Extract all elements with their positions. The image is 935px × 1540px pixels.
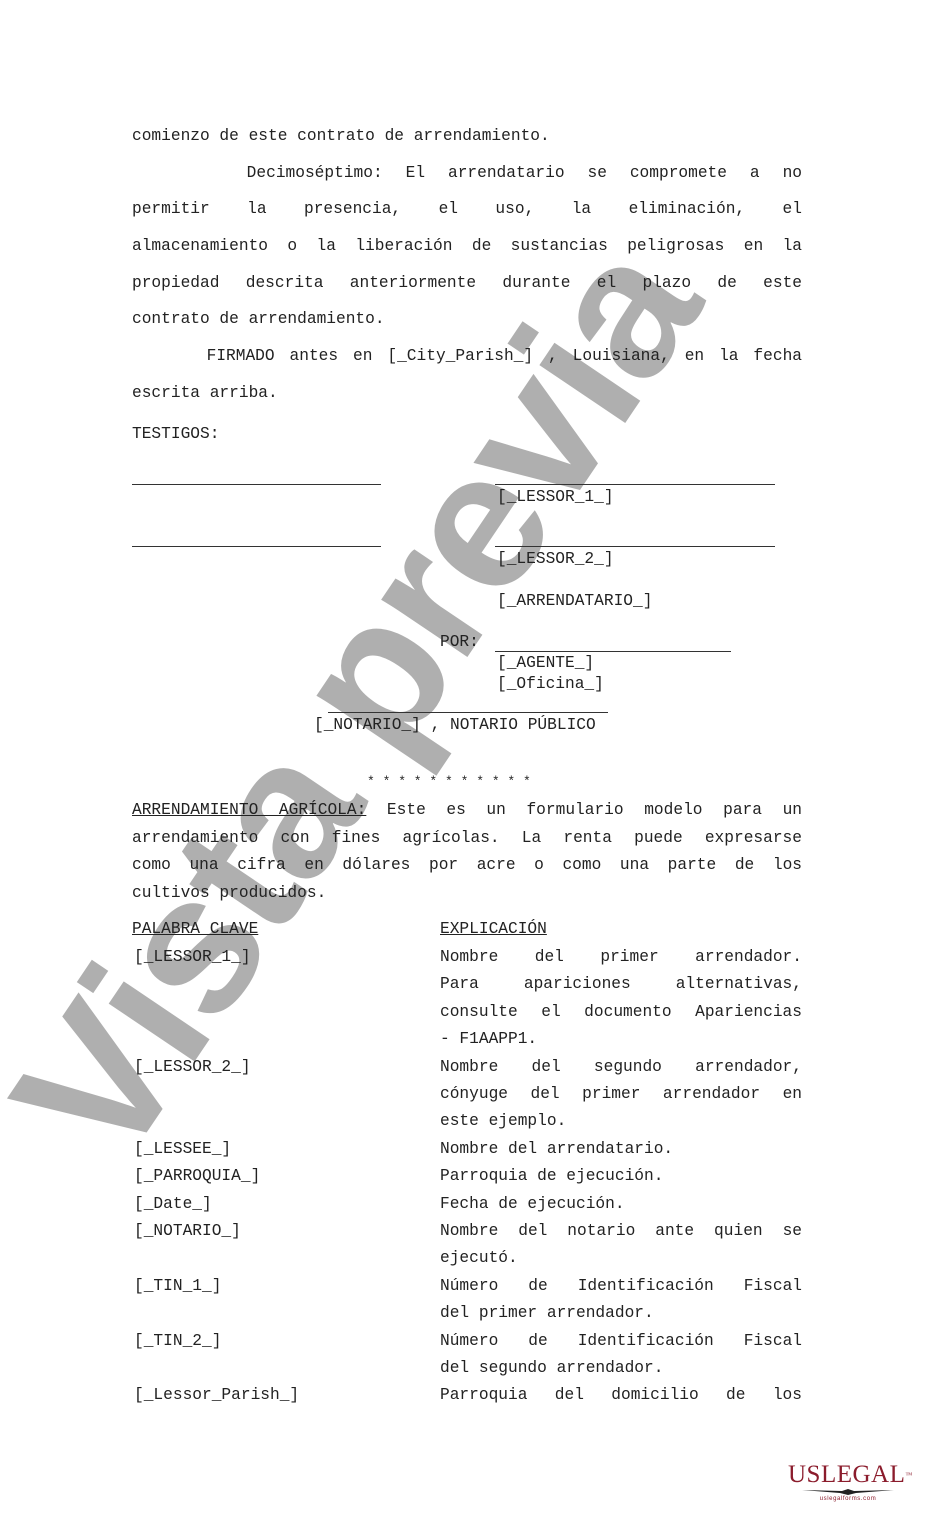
- table-row-explanation-line: Para apariciones alternativas,: [440, 974, 802, 994]
- note-line: cultivos producidos.: [132, 883, 326, 903]
- paragraph-line: Decimoséptimo: El arrendatario se compro…: [132, 163, 802, 183]
- table-row-explanation-line: Nombre del primer arrendador.: [440, 947, 802, 967]
- table-row-explanation-line: Número de Identificación Fiscal: [440, 1331, 802, 1351]
- notary-name: [_NOTARIO_] , NOTARIO PÚBLICO: [314, 715, 596, 735]
- office-name: [_Oficina_]: [497, 674, 604, 694]
- table-row-explanation-line: Nombre del notario ante quien se: [440, 1221, 802, 1241]
- paragraph-line: permitir la presencia, el uso, la elimin…: [132, 199, 802, 219]
- table-row-explanation-line: ejecutó.: [440, 1248, 518, 1268]
- table-row-keyword: [_LESSOR_1_]: [134, 947, 251, 967]
- table-row-explanation-line: este ejemplo.: [440, 1111, 566, 1131]
- table-row-explanation-line: del segundo arrendador.: [440, 1358, 663, 1378]
- table-row-explanation-line: - F1AAPP1.: [440, 1029, 537, 1049]
- table-row-explanation-line: Número de Identificación Fiscal: [440, 1276, 802, 1296]
- table-row-keyword: [_Lessor_Parish_]: [134, 1385, 299, 1405]
- logo-brand: USLEGAL™: [788, 1462, 908, 1488]
- table-row-explanation-line: Fecha de ejecución.: [440, 1194, 625, 1214]
- separator-stars: * * * * * * * * * * *: [367, 772, 531, 792]
- witness-2-signature-line: [132, 546, 381, 547]
- table-row-keyword: [_PARROQUIA_]: [134, 1166, 260, 1186]
- note-heading: ARRENDAMIENTO AGRÍCOLA:: [132, 801, 366, 819]
- table-row-keyword: [_LESSEE_]: [134, 1139, 231, 1159]
- paragraph-line: comienzo de este contrato de arrendamien…: [132, 126, 550, 146]
- table-row-explanation-line: Nombre del segundo arrendador,: [440, 1057, 802, 1077]
- table-row-explanation-line: del primer arrendador.: [440, 1303, 654, 1323]
- by-label: POR:: [440, 632, 479, 652]
- table-row-keyword: [_TIN_2_]: [134, 1331, 221, 1351]
- table-row-explanation-line: Parroquia del domicilio de los: [440, 1385, 802, 1405]
- lessor-1-signature-line: [495, 484, 775, 485]
- paragraph-line: escrita arriba.: [132, 383, 278, 403]
- agent-name: [_AGENTE_]: [497, 653, 594, 673]
- note-first-line-text: Este es un formulario modelo para un: [366, 801, 802, 819]
- logo-brand-text: USLEGAL: [788, 1461, 905, 1488]
- table-row-keyword: [_LESSOR_2_]: [134, 1057, 251, 1077]
- note-first-line: ARRENDAMIENTO AGRÍCOLA: Este es un formu…: [132, 800, 802, 820]
- logo-trademark: ™: [905, 1471, 912, 1479]
- table-row-keyword: [_NOTARIO_]: [134, 1221, 241, 1241]
- table-row-explanation-line: Nombre del arrendatario.: [440, 1139, 673, 1159]
- witnesses-label: TESTIGOS:: [132, 424, 219, 444]
- lessor-2-name: [_LESSOR_2_]: [497, 549, 614, 569]
- table-header-explanation: EXPLICACIÓN: [440, 919, 547, 939]
- lessee-name: [_ARRENDATARIO_]: [497, 591, 652, 611]
- table-row-keyword: [_TIN_1_]: [134, 1276, 221, 1296]
- table-row-keyword: [_Date_]: [134, 1194, 212, 1214]
- table-row-explanation-line: Parroquia de ejecución.: [440, 1166, 663, 1186]
- table-row-explanation-line: consulte el documento Apariencias: [440, 1002, 802, 1022]
- agent-signature-line: [495, 651, 731, 652]
- lessor-1-name: [_LESSOR_1_]: [497, 487, 614, 507]
- witness-1-signature-line: [132, 484, 381, 485]
- lessor-2-signature-line: [495, 546, 775, 547]
- paragraph-line: contrato de arrendamiento.: [132, 309, 385, 329]
- uslegal-logo: USLEGAL™ uslegalforms.com: [788, 1462, 908, 1508]
- eagle-wings-icon: [802, 1489, 894, 1495]
- paragraph-line: almacenamiento o la liberación de sustan…: [132, 236, 802, 256]
- logo-url: uslegalforms.com: [788, 1496, 908, 1502]
- table-row-explanation-line: cónyuge del primer arrendador en: [440, 1084, 802, 1104]
- notary-signature-line: [328, 712, 608, 713]
- paragraph-line: propiedad descrita anteriormente durante…: [132, 273, 802, 293]
- note-line: arrendamiento con fines agrícolas. La re…: [132, 828, 802, 848]
- table-header-keyword: PALABRA CLAVE: [132, 919, 258, 939]
- paragraph-line: FIRMADO antes en [_City_Parish_] , Louis…: [132, 346, 802, 366]
- note-line: como una cifra en dólares por acre o com…: [132, 855, 802, 875]
